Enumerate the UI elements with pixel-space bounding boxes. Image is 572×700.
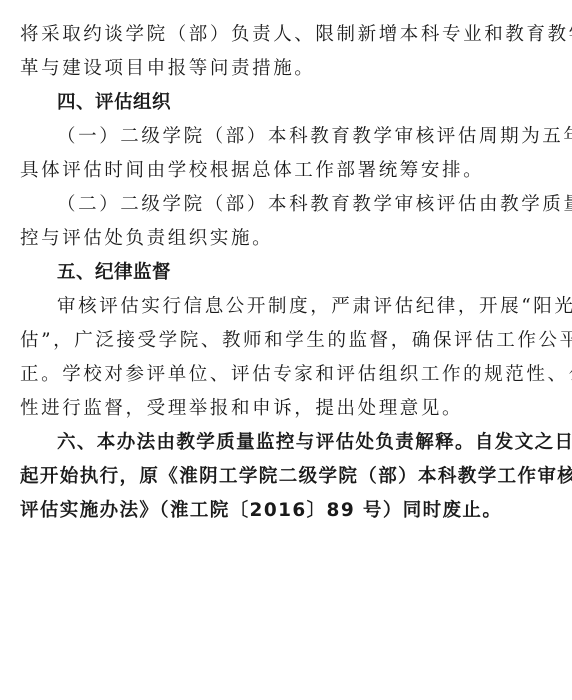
text-line-bold: 起开始执行，原《淮阴工学院二级学院（部）本科教学工作审核 (20, 460, 552, 494)
text-line: （一）二级学院（部）本科教育教学审核评估周期为五年， (20, 120, 552, 154)
text-line: 控与评估处负责组织实施。 (20, 222, 552, 256)
text-line: 估”，广泛接受学院、教师和学生的监督，确保评估工作公平公 (20, 324, 552, 358)
section-heading-discipline: 五、纪律监督 (20, 256, 552, 290)
text-line: 正。学校对参评单位、评估专家和评估组织工作的规范性、公正 (20, 358, 552, 392)
text-line: 将采取约谈学院（部）负责人、限制新增本科专业和教育教学改 (20, 18, 552, 52)
text-line: 革与建设项目申报等问责措施。 (20, 52, 552, 86)
section-heading-organization: 四、评估组织 (20, 86, 552, 120)
text-line: 具体评估时间由学校根据总体工作部署统筹安排。 (20, 154, 552, 188)
text-line-bold: 评估实施办法》（淮工院〔2016〕89 号）同时废止。 (20, 494, 552, 528)
text-line-bold: 六、本办法由教学质量监控与评估处负责解释。自发文之日 (20, 426, 552, 460)
text-line: 性进行监督，受理举报和申诉，提出处理意见。 (20, 392, 552, 426)
document-page: 将采取约谈学院（部）负责人、限制新增本科专业和教育教学改 革与建设项目申报等问责… (20, 18, 552, 528)
text-line: （二）二级学院（部）本科教育教学审核评估由教学质量监 (20, 188, 552, 222)
text-line: 审核评估实行信息公开制度，严肃评估纪律，开展“阳光评 (20, 290, 552, 324)
